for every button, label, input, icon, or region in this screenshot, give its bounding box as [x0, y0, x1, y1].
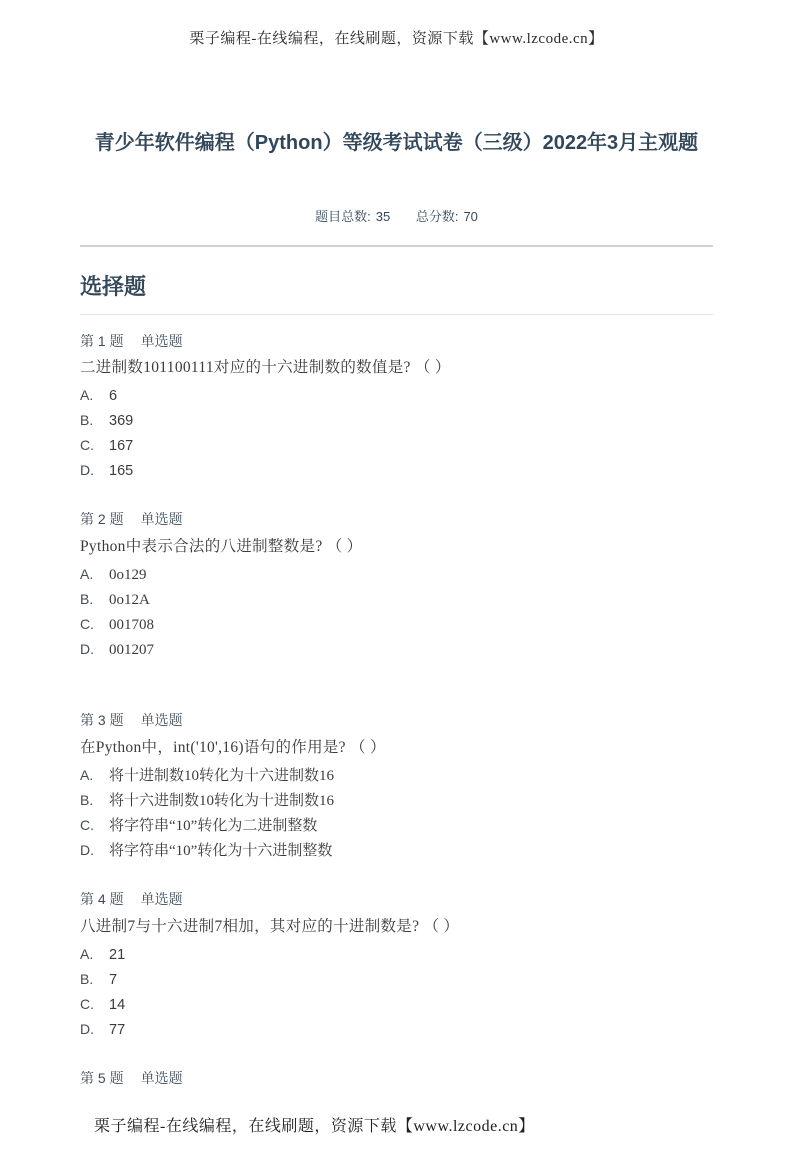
question-text: 在Python中，int('10',16)语句的作用是? （ ）	[80, 738, 713, 758]
answer-option: D.001207	[80, 640, 713, 660]
option-letter: C.	[80, 615, 109, 634]
question-header: 第 1 题单选题	[80, 333, 713, 350]
watermark-header: 栗子编程-在线编程，在线刷题，资源下载【www.lzcode.cn】	[80, 30, 713, 48]
question-number: 第 4 题	[80, 891, 124, 907]
option-text: 0o129	[109, 566, 147, 585]
answer-option: B.7	[80, 970, 713, 990]
option-letter: B.	[80, 590, 109, 609]
option-text: 001207	[109, 641, 154, 660]
question-type-badge: 单选题	[141, 712, 183, 728]
question-text: 二进制数101100111对应的十六进制数的数值是? （ ）	[80, 358, 713, 378]
answer-option: A.6	[80, 386, 713, 406]
option-text: 167	[109, 437, 133, 456]
answer-option: C.167	[80, 436, 713, 456]
option-text: 165	[109, 462, 133, 481]
option-text: 001708	[109, 616, 154, 635]
option-letter: A.	[80, 766, 109, 785]
answer-option: C.14	[80, 995, 713, 1015]
option-letter: C.	[80, 816, 109, 835]
question-block: 第 1 题单选题二进制数101100111对应的十六进制数的数值是? （ ）A.…	[80, 333, 713, 482]
question-header: 第 2 题单选题	[80, 511, 713, 528]
option-letter: A.	[80, 565, 109, 584]
exam-document: 栗子编程-在线编程，在线刷题，资源下载【www.lzcode.cn】 青少年软件…	[0, 0, 793, 1164]
total-score-label: 总分数:	[416, 209, 459, 224]
question-block: 第 3 题单选题在Python中，int('10',16)语句的作用是? （ ）…	[80, 712, 713, 861]
answer-option: B.将十六进制数10转化为十进制数16	[80, 791, 713, 811]
answer-option: A.21	[80, 945, 713, 965]
section-divider-line	[80, 314, 713, 315]
option-letter: A.	[80, 386, 109, 405]
option-letter: C.	[80, 436, 109, 455]
question-count-label: 题目总数:	[315, 209, 371, 224]
answer-option: C.将字符串“10”转化为二进制整数	[80, 816, 713, 836]
question-type-badge: 单选题	[141, 1070, 183, 1086]
page-title: 青少年软件编程（Python）等级考试试卷（三级）2022年3月主观题	[80, 130, 713, 156]
question-count-value: 35	[376, 209, 390, 224]
question-header: 第 4 题单选题	[80, 891, 713, 908]
option-text: 将字符串“10”转化为十六进制整数	[109, 842, 332, 861]
watermark-footer: 栗子编程-在线编程，在线刷题，资源下载【www.lzcode.cn】	[80, 1117, 713, 1136]
answer-option: A.将十进制数10转化为十六进制数16	[80, 766, 713, 786]
option-letter: A.	[80, 945, 109, 964]
question-number: 第 3 题	[80, 712, 124, 728]
answer-option: B.369	[80, 411, 713, 431]
question-type-badge: 单选题	[141, 333, 183, 349]
question-list: 第 1 题单选题二进制数101100111对应的十六进制数的数值是? （ ）A.…	[80, 333, 713, 1117]
answer-option: C.001708	[80, 615, 713, 635]
divider-line	[80, 245, 713, 247]
option-letter: B.	[80, 791, 109, 810]
question-number: 第 5 题	[80, 1070, 124, 1086]
option-text: 369	[109, 412, 133, 431]
total-score-value: 70	[463, 209, 477, 224]
question-number: 第 1 题	[80, 333, 124, 349]
option-letter: D.	[80, 841, 109, 860]
option-text: 将十进制数10转化为十六进制数16	[109, 767, 334, 786]
answer-option: D.165	[80, 461, 713, 481]
question-text: Python中表示合法的八进制整数是? （ ）	[80, 537, 713, 557]
option-letter: C.	[80, 995, 109, 1014]
answer-option: D.77	[80, 1020, 713, 1040]
question-block: 第 5 题单选题	[80, 1070, 713, 1087]
question-text: 八进制7与十六进制7相加，其对应的十进制数是? （ ）	[80, 917, 713, 937]
question-type-badge: 单选题	[141, 891, 183, 907]
option-letter: D.	[80, 1020, 109, 1039]
option-text: 将字符串“10”转化为二进制整数	[109, 817, 317, 836]
option-text: 将十六进制数10转化为十进制数16	[109, 792, 334, 811]
question-block: 第 4 题单选题八进制7与十六进制7相加，其对应的十进制数是? （ ）A.21B…	[80, 891, 713, 1040]
option-text: 0o12A	[109, 591, 150, 610]
option-text: 14	[109, 996, 125, 1015]
option-text: 7	[109, 971, 117, 990]
answer-option: D.将字符串“10”转化为十六进制整数	[80, 841, 713, 861]
question-header: 第 5 题单选题	[80, 1070, 713, 1087]
option-letter: B.	[80, 970, 109, 989]
option-text: 21	[109, 946, 125, 965]
option-letter: D.	[80, 461, 109, 480]
question-type-badge: 单选题	[141, 511, 183, 527]
option-text: 6	[109, 387, 117, 406]
option-letter: D.	[80, 640, 109, 659]
question-number: 第 2 题	[80, 511, 124, 527]
option-text: 77	[109, 1021, 125, 1040]
section-title-choice: 选择题	[80, 273, 713, 302]
answer-option: A.0o129	[80, 565, 713, 585]
question-block: 第 2 题单选题Python中表示合法的八进制整数是? （ ）A.0o129B.…	[80, 511, 713, 660]
answer-option: B.0o12A	[80, 590, 713, 610]
question-header: 第 3 题单选题	[80, 712, 713, 729]
exam-stats: 题目总数:35 总分数:70	[80, 206, 713, 225]
option-letter: B.	[80, 411, 109, 430]
